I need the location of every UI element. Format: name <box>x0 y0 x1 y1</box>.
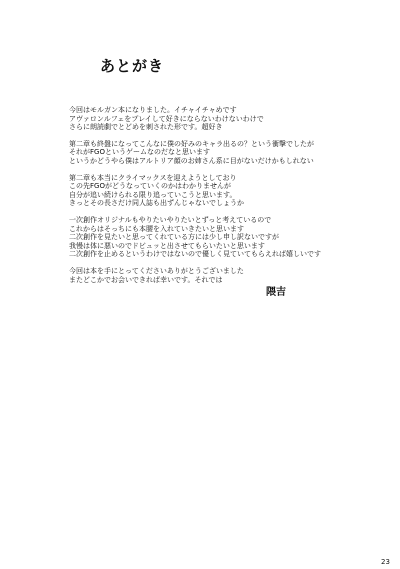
text-line: これからはそっちにも本腰を入れていきたいと思います <box>69 225 389 234</box>
text-line: 二次創作を見たいと思ってくれている方には少し申し訳ないですが <box>69 233 389 242</box>
text-line: この先FGOがどうなっていくのかはわかりませんが <box>69 182 389 191</box>
text-line: 今回はモルガン本になりました。イチャイチャめです <box>69 106 389 115</box>
paragraph-1: 今回はモルガン本になりました。イチャイチャめです アヴァロンルフェをプレイして好… <box>69 106 389 132</box>
paragraph-4: 一次創作オリジナルもやりたいやりたいとずっと考えているので これからはそっちにも… <box>69 216 389 259</box>
paragraph-5: 今回は本を手にとってくださいありがとうございました またどこかでお会いできれば幸… <box>69 267 389 284</box>
text-line: というかどうやら僕はアルトリア顔のお姉さん系に目がないだけかもしれない <box>69 157 389 166</box>
text-line: またどこかでお会いできれば幸いです。それでは <box>69 276 389 285</box>
text-line: 二次創作を止めるというわけではないので優しく見ていてもらえれば嬉しいです <box>69 250 389 259</box>
author-signature: 隈吉 <box>266 283 286 298</box>
paragraph-2: 第二章も終盤になってこんなに僕の好みのキャラ出るの？という衝撃でしたが それがF… <box>69 140 389 166</box>
text-line: さらに朗読劇でとどめを刺された形です。超好き <box>69 123 389 132</box>
paragraph-3: 第二章も本当にクライマックスを迎えようとしており この先FGOがどうなっていくの… <box>69 174 389 208</box>
page-title: あとがき <box>100 55 164 76</box>
text-line: 一次創作オリジナルもやりたいやりたいとずっと考えているので <box>69 216 389 225</box>
text-line: 今回は本を手にとってくださいありがとうございました <box>69 267 389 276</box>
page-number: 23 <box>381 558 390 566</box>
text-line: アヴァロンルフェをプレイして好きにならないわけないわけで <box>69 115 389 124</box>
text-line: 第二章も本当にクライマックスを迎えようとしており <box>69 174 389 183</box>
text-line: それがFGOというゲームなのだなと思います <box>69 148 389 157</box>
text-line: きっとその長さだけ同人誌も出ずんじゃないでしょうか <box>69 199 389 208</box>
afterword-body: 今回はモルガン本になりました。イチャイチャめです アヴァロンルフェをプレイして好… <box>69 106 389 292</box>
